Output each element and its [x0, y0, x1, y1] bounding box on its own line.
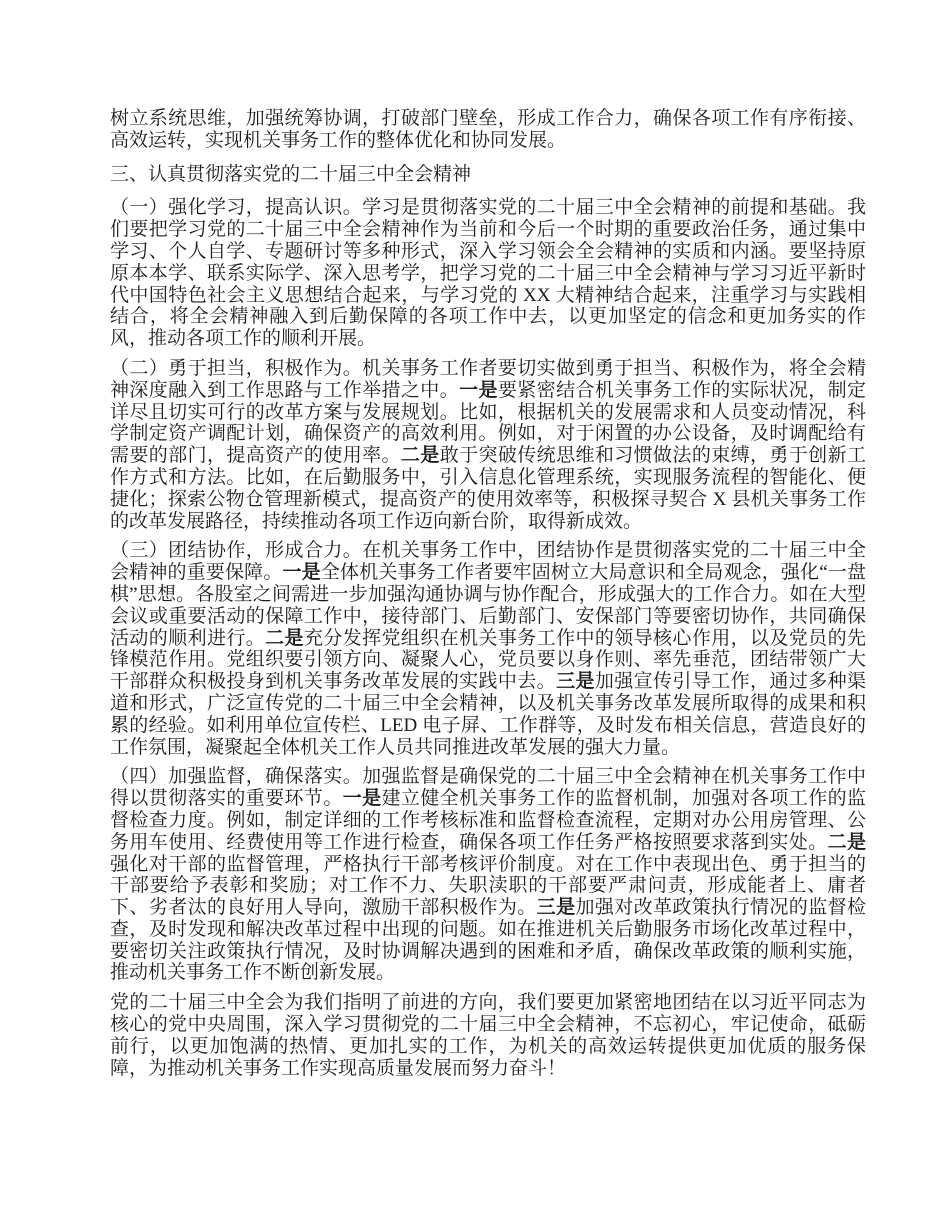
paragraph-closing: 党的二十届三中全会为我们指明了前进的方向，我们要更加紧密地团结在以习近平同志为核… [110, 992, 866, 1079]
emphasis-run: 三是 [537, 897, 576, 918]
emphasis-run: 二是 [265, 628, 304, 649]
paragraph-point-1: （一）强化学习，提高认识。学习是贯彻落实党的二十届三中全会精神的前提和基础。我们… [110, 197, 866, 350]
document-page: 树立系统思维，加强统筹协调，打破部门壁垒，形成工作合力，确保各项工作有序衔接、高… [0, 0, 950, 1230]
emphasis-run: 二是 [401, 445, 440, 466]
text-run: 树立系统思维，加强统筹协调，打破部门壁垒，形成工作合力，确保各项工作有序衔接、高… [110, 108, 866, 151]
paragraph-point-3: （三）团结协作，形成合力。在机关事务工作中，团结协作是贯彻落实党的二十届三中全会… [110, 540, 866, 758]
section-heading-three: 三、认真贯彻落实党的二十届三中全会精神 [110, 164, 866, 186]
emphasis-run: 一是 [459, 380, 498, 401]
emphasis-run: 一是 [283, 562, 321, 583]
emphasis-run: 一是 [343, 788, 382, 809]
text-run: 三、认真贯彻落实党的二十届三中全会精神 [110, 164, 471, 185]
paragraph-point-4: （四）加强监督，确保落实。加强监督是确保党的二十届三中全会精神在机关事务工作中得… [110, 766, 866, 984]
text-run: （一）强化学习，提高认识。学习是贯彻落实党的二十届三中全会精神的前提和基础。我们… [110, 197, 866, 349]
paragraph-intro-continuation: 树立系统思维，加强统筹协调，打破部门壁垒，形成工作合力，确保各项工作有序衔接、高… [110, 108, 866, 152]
paragraph-point-2: （二）勇于担当，积极作为。机关事务工作者要切实做到勇于担当、积极作为，将全会精神… [110, 358, 866, 532]
document-body: 树立系统思维，加强统筹协调，打破部门壁垒，形成工作合力，确保各项工作有序衔接、高… [0, 0, 950, 1079]
text-run: 党的二十届三中全会为我们指明了前进的方向，我们要更加紧密地团结在以习近平同志为核… [110, 992, 866, 1078]
emphasis-run: 二是 [828, 832, 866, 853]
emphasis-run: 三是 [556, 671, 595, 692]
